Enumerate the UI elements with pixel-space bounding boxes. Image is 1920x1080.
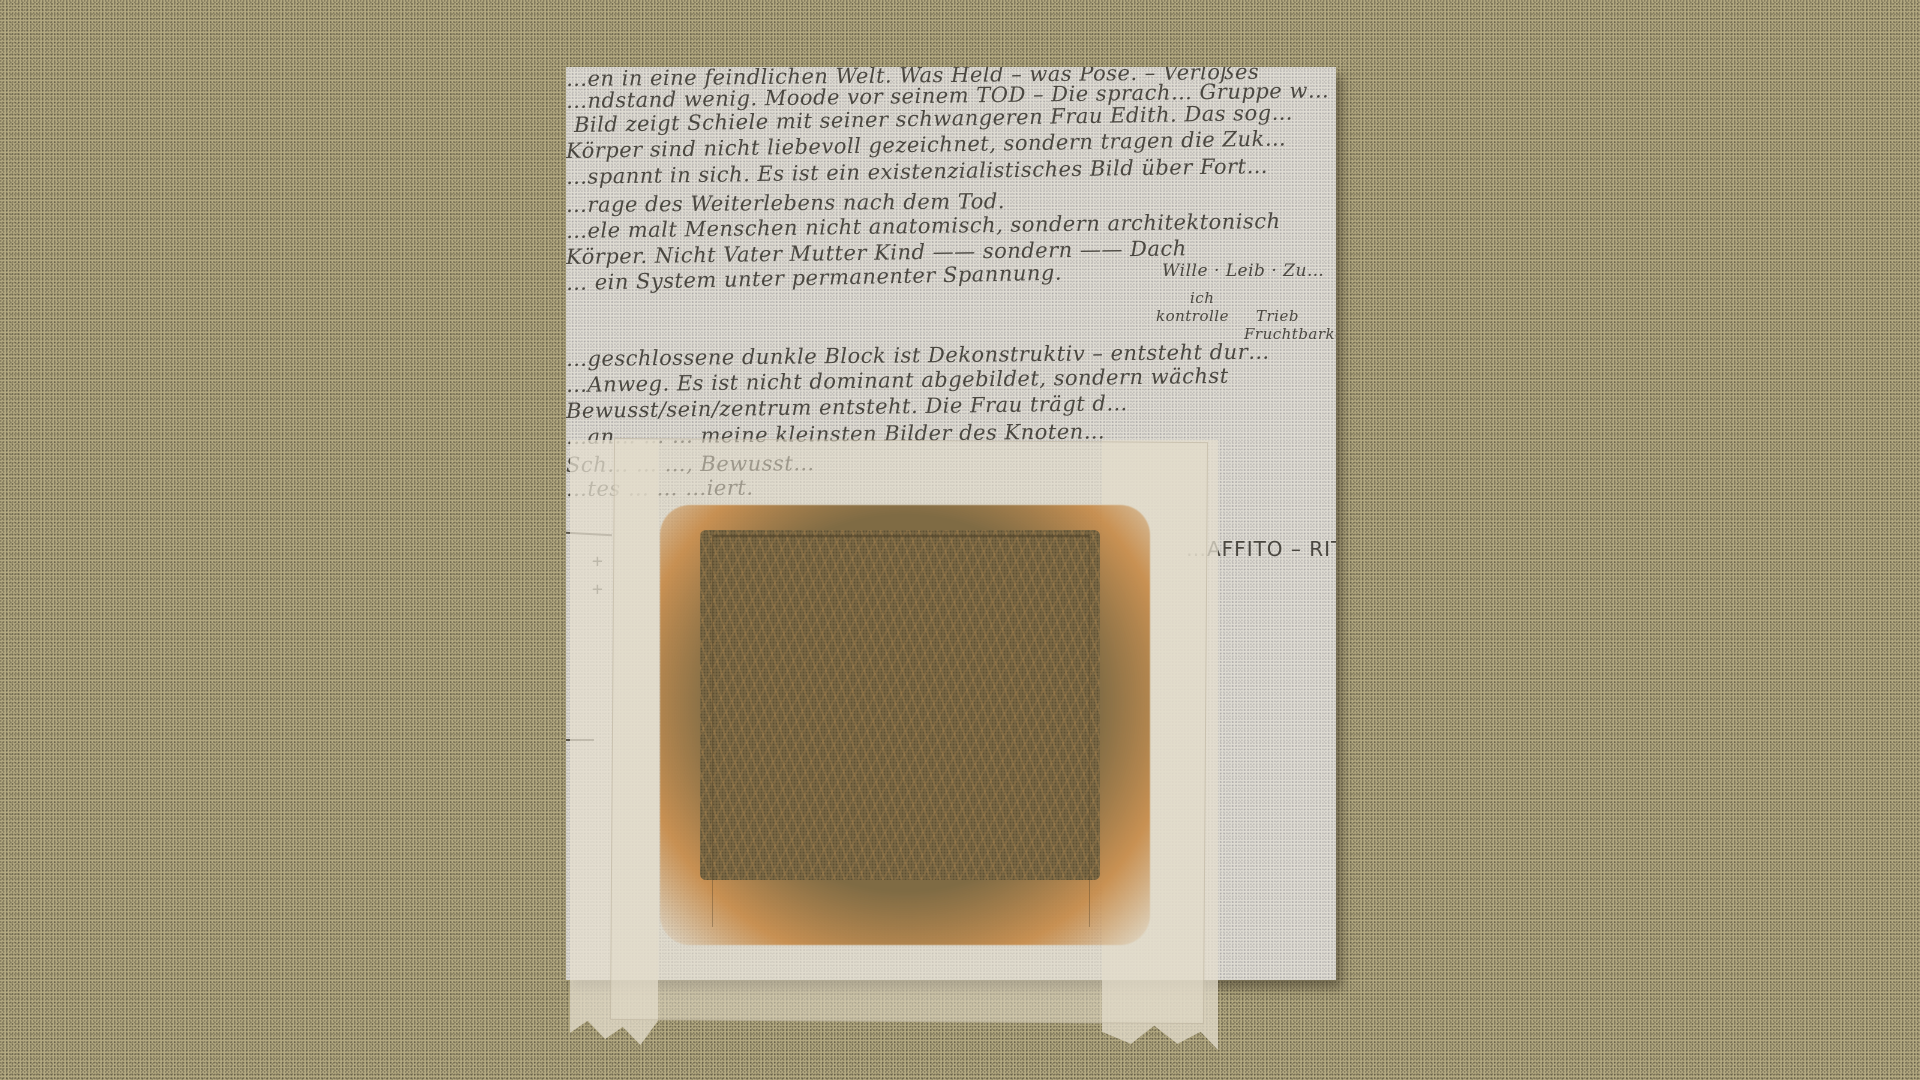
note-annotation: kontrolle	[1156, 307, 1229, 325]
note-annotation: Trieb	[1256, 307, 1299, 325]
note-annotation: ich	[1190, 289, 1214, 307]
note-line: Bewusst/sein/zentrum entsteht. Die Frau …	[566, 391, 1128, 423]
note-annotation: Wille · Leib · Zu…	[1162, 261, 1324, 281]
photo-scene: …en in eine feindlichen Welt. Was Held –…	[0, 0, 1920, 1080]
rubbing-frame-outline	[712, 535, 1090, 927]
